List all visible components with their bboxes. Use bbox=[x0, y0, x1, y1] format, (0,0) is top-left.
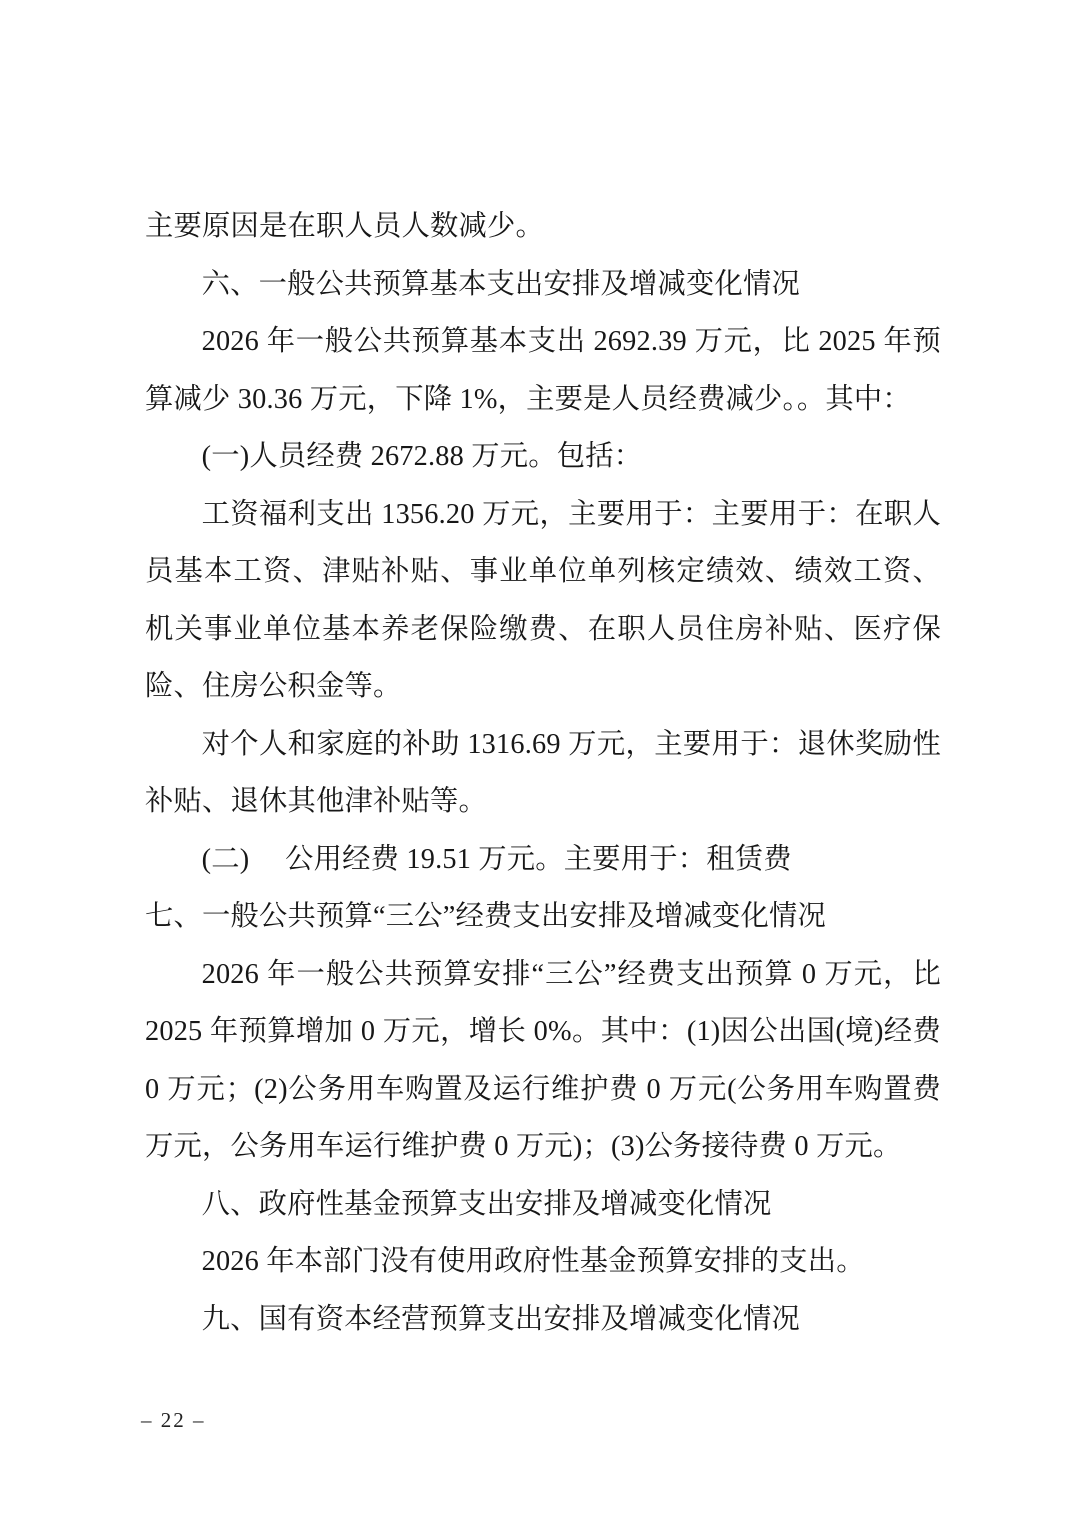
page-number: – 22 – bbox=[141, 1408, 206, 1433]
paragraph: (一)人员经费 2672.88 万元。包括： bbox=[145, 428, 941, 486]
paragraph: 九、国有资本经营预算支出安排及增减变化情况 bbox=[145, 1291, 941, 1349]
paragraph: 八、政府性基金预算支出安排及增减变化情况 bbox=[145, 1176, 941, 1234]
paragraph: 六、一般公共预算基本支出安排及增减变化情况 bbox=[145, 256, 941, 314]
paragraph: 2026 年一般公共预算基本支出 2692.39 万元，比 2025 年预算减少… bbox=[145, 313, 941, 428]
paragraph: 工资福利支出 1356.20 万元，主要用于：主要用于：在职人员基本工资、津贴补… bbox=[145, 486, 941, 716]
document-page: 主要原因是在职人员人数减少。六、一般公共预算基本支出安排及增减变化情况2026 … bbox=[0, 0, 1074, 1520]
paragraph: 2026 年一般公共预算安排“三公”经费支出预算 0 万元，比 2025 年预算… bbox=[145, 946, 941, 1176]
paragraph: 七、一般公共预算“三公”经费支出安排及增减变化情况 bbox=[145, 888, 941, 946]
document-body: 主要原因是在职人员人数减少。六、一般公共预算基本支出安排及增减变化情况2026 … bbox=[145, 198, 941, 1348]
paragraph: 对个人和家庭的补助 1316.69 万元，主要用于：退休奖励性补贴、退休其他津补… bbox=[145, 716, 941, 831]
paragraph: 2026 年本部门没有使用政府性基金预算安排的支出。 bbox=[145, 1233, 941, 1291]
paragraph: 主要原因是在职人员人数减少。 bbox=[145, 198, 941, 256]
paragraph: (二) 公用经费 19.51 万元。主要用于：租赁费 bbox=[145, 831, 941, 889]
